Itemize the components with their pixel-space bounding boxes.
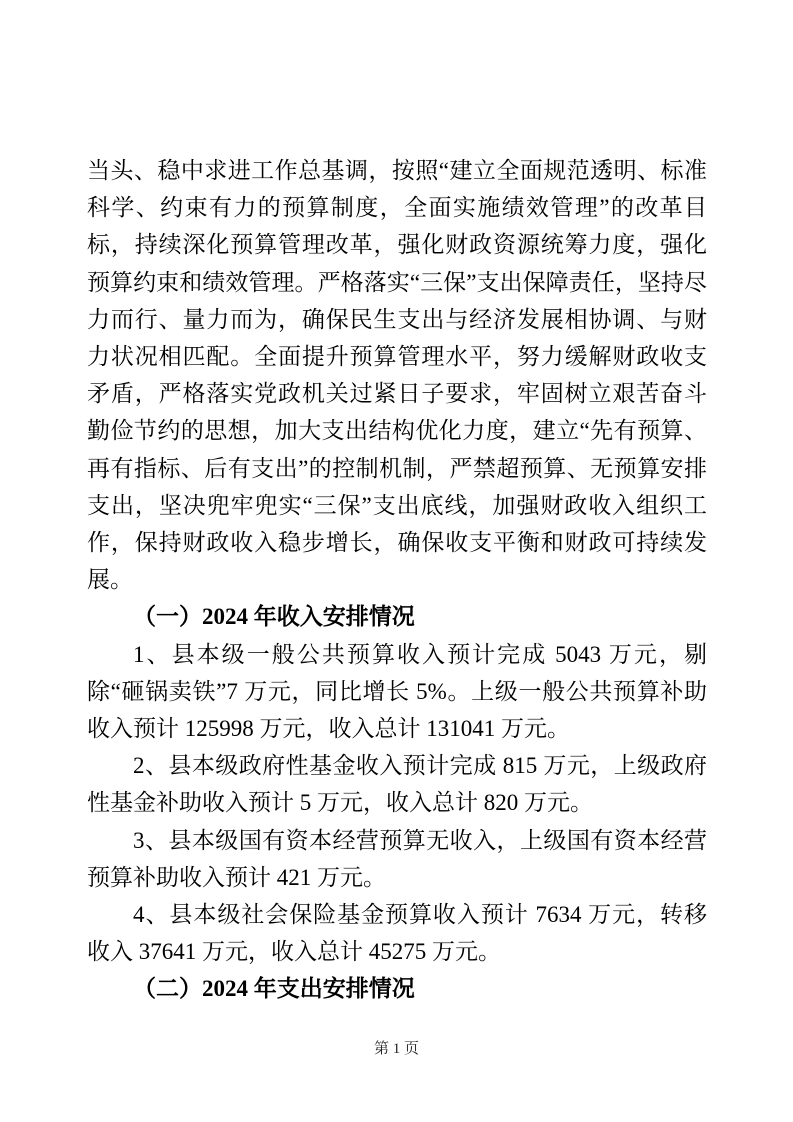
paragraph-income-item-4-social-insurance: 4、县本级社会保险基金预算收入预计 7634 万元，转移收入 37641 万元，… xyxy=(87,896,707,970)
paragraph-income-item-3-state-capital: 3、县本级国有资本经营预算无收入，上级国有资本经营预算补助收入预计 421 万元… xyxy=(87,822,707,896)
paragraph-income-item-2-government-funds: 2、县本级政府性基金收入预计完成 815 万元，上级政府性基金补助收入预计 5 … xyxy=(87,747,707,821)
page-number: 第 1 页 xyxy=(374,1041,419,1057)
page-footer: 第 1 页 xyxy=(0,1040,793,1058)
section-heading-2024-income: （一）2024 年收入安排情况 xyxy=(87,598,707,635)
document-body: 当头、稳中求进工作总基调，按照“建立全面规范透明、标准科学、约束有力的预算制度，… xyxy=(87,152,707,1008)
paragraph-income-item-1-general-public-budget: 1、县本级一般公共预算收入预计完成 5043 万元，剔除“砸锅卖铁”7 万元，同… xyxy=(87,636,707,748)
document-page: 当头、稳中求进工作总基调，按照“建立全面规范透明、标准科学、约束有力的预算制度，… xyxy=(0,0,793,1122)
section-heading-2024-expenditure: （二）2024 年支出安排情况 xyxy=(87,970,707,1007)
paragraph-budget-principles: 当头、稳中求进工作总基调，按照“建立全面规范透明、标准科学、约束有力的预算制度，… xyxy=(87,152,707,598)
